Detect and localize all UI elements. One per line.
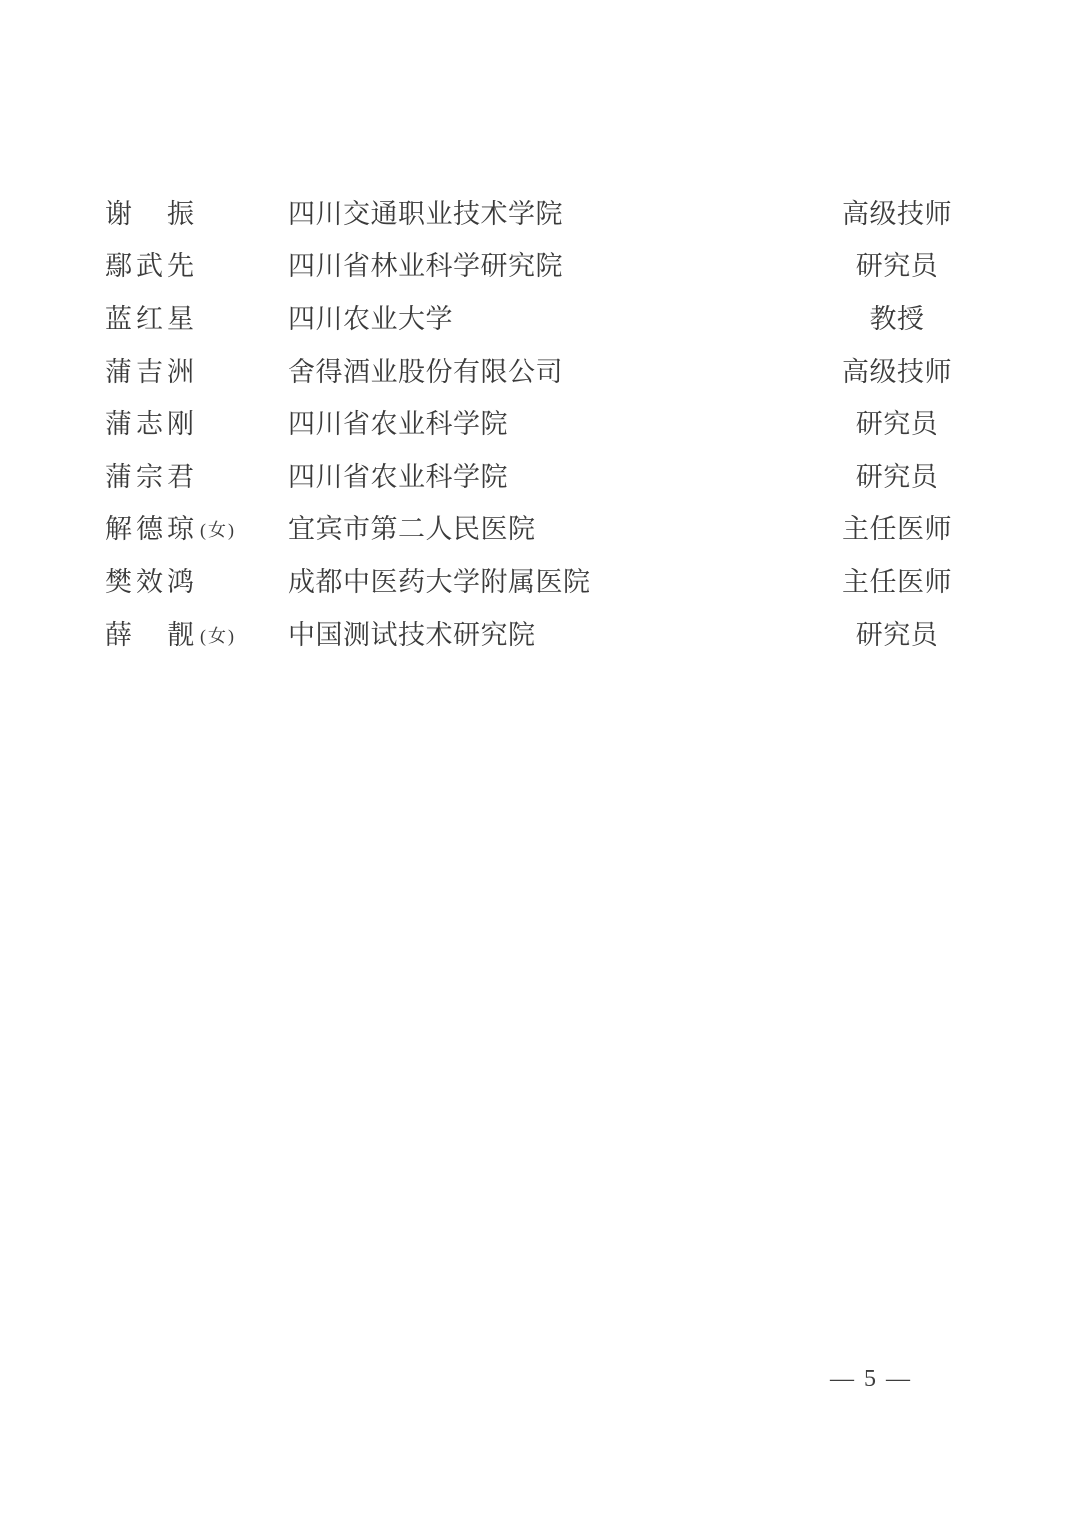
organization: 中国测试技术研究院	[288, 622, 787, 649]
person-name-text: 蒲志刚	[105, 409, 198, 439]
organization: 成都中医药大学附属医院	[288, 569, 787, 596]
organization: 四川省农业科学院	[288, 411, 787, 438]
person-name: 鄢武先	[105, 253, 288, 280]
job-title: 研究员	[787, 253, 1007, 280]
job-title: 研究员	[787, 622, 1007, 649]
job-title: 研究员	[787, 464, 1007, 491]
person-name-text: 解德琼	[105, 514, 198, 544]
person-name-text: 鄢武先	[105, 251, 198, 281]
table-row: 谢 振 四川交通职业技术学院 高级技师	[0, 188, 1080, 241]
table-row: 蒲志刚 四川省农业科学院 研究员	[0, 398, 1080, 451]
job-title: 高级技师	[787, 359, 1007, 386]
job-title: 研究员	[787, 411, 1007, 438]
table-row: 蓝红星 四川农业大学 教授	[0, 293, 1080, 346]
person-name: 樊效鸿	[105, 569, 288, 596]
person-name-text: 樊效鸿	[105, 567, 198, 597]
table-row: 樊效鸿 成都中医药大学附属医院 主任医师	[0, 556, 1080, 609]
person-name: 薛 靓(女)	[105, 622, 288, 649]
organization: 四川农业大学	[288, 306, 787, 333]
job-title: 主任医师	[787, 516, 1007, 543]
organization: 四川省农业科学院	[288, 464, 787, 491]
person-name: 解德琼(女)	[105, 516, 288, 543]
person-name-text: 谢 振	[105, 199, 198, 229]
job-title: 高级技师	[787, 201, 1007, 228]
table-row: 薛 靓(女) 中国测试技术研究院 研究员	[0, 609, 1080, 662]
person-name-text: 蓝红星	[105, 304, 198, 334]
person-name: 蒲吉洲	[105, 359, 288, 386]
personnel-list: 谢 振 四川交通职业技术学院 高级技师 鄢武先 四川省林业科学研究院 研究员 蓝…	[0, 188, 1080, 661]
page-number: — 5 —	[830, 1366, 912, 1393]
person-name-text: 蒲宗君	[105, 462, 198, 492]
organization: 舍得酒业股份有限公司	[288, 359, 787, 386]
gender-note: (女)	[200, 520, 236, 540]
gender-note: (女)	[200, 626, 236, 646]
person-name: 蒲志刚	[105, 411, 288, 438]
document-page: 谢 振 四川交通职业技术学院 高级技师 鄢武先 四川省林业科学研究院 研究员 蓝…	[0, 0, 1080, 1528]
table-row: 蒲吉洲 舍得酒业股份有限公司 高级技师	[0, 346, 1080, 399]
organization: 宜宾市第二人民医院	[288, 516, 787, 543]
person-name-text: 蒲吉洲	[105, 357, 198, 387]
person-name: 谢 振	[105, 201, 288, 228]
table-row: 鄢武先 四川省林业科学研究院 研究员	[0, 241, 1080, 294]
job-title: 教授	[787, 306, 1007, 333]
person-name: 蓝红星	[105, 306, 288, 333]
organization: 四川省林业科学研究院	[288, 253, 787, 280]
organization: 四川交通职业技术学院	[288, 201, 787, 228]
person-name: 蒲宗君	[105, 464, 288, 491]
person-name-text: 薛 靓	[105, 620, 198, 650]
table-row: 解德琼(女) 宜宾市第二人民医院 主任医师	[0, 504, 1080, 557]
table-row: 蒲宗君 四川省农业科学院 研究员	[0, 451, 1080, 504]
job-title: 主任医师	[787, 569, 1007, 596]
